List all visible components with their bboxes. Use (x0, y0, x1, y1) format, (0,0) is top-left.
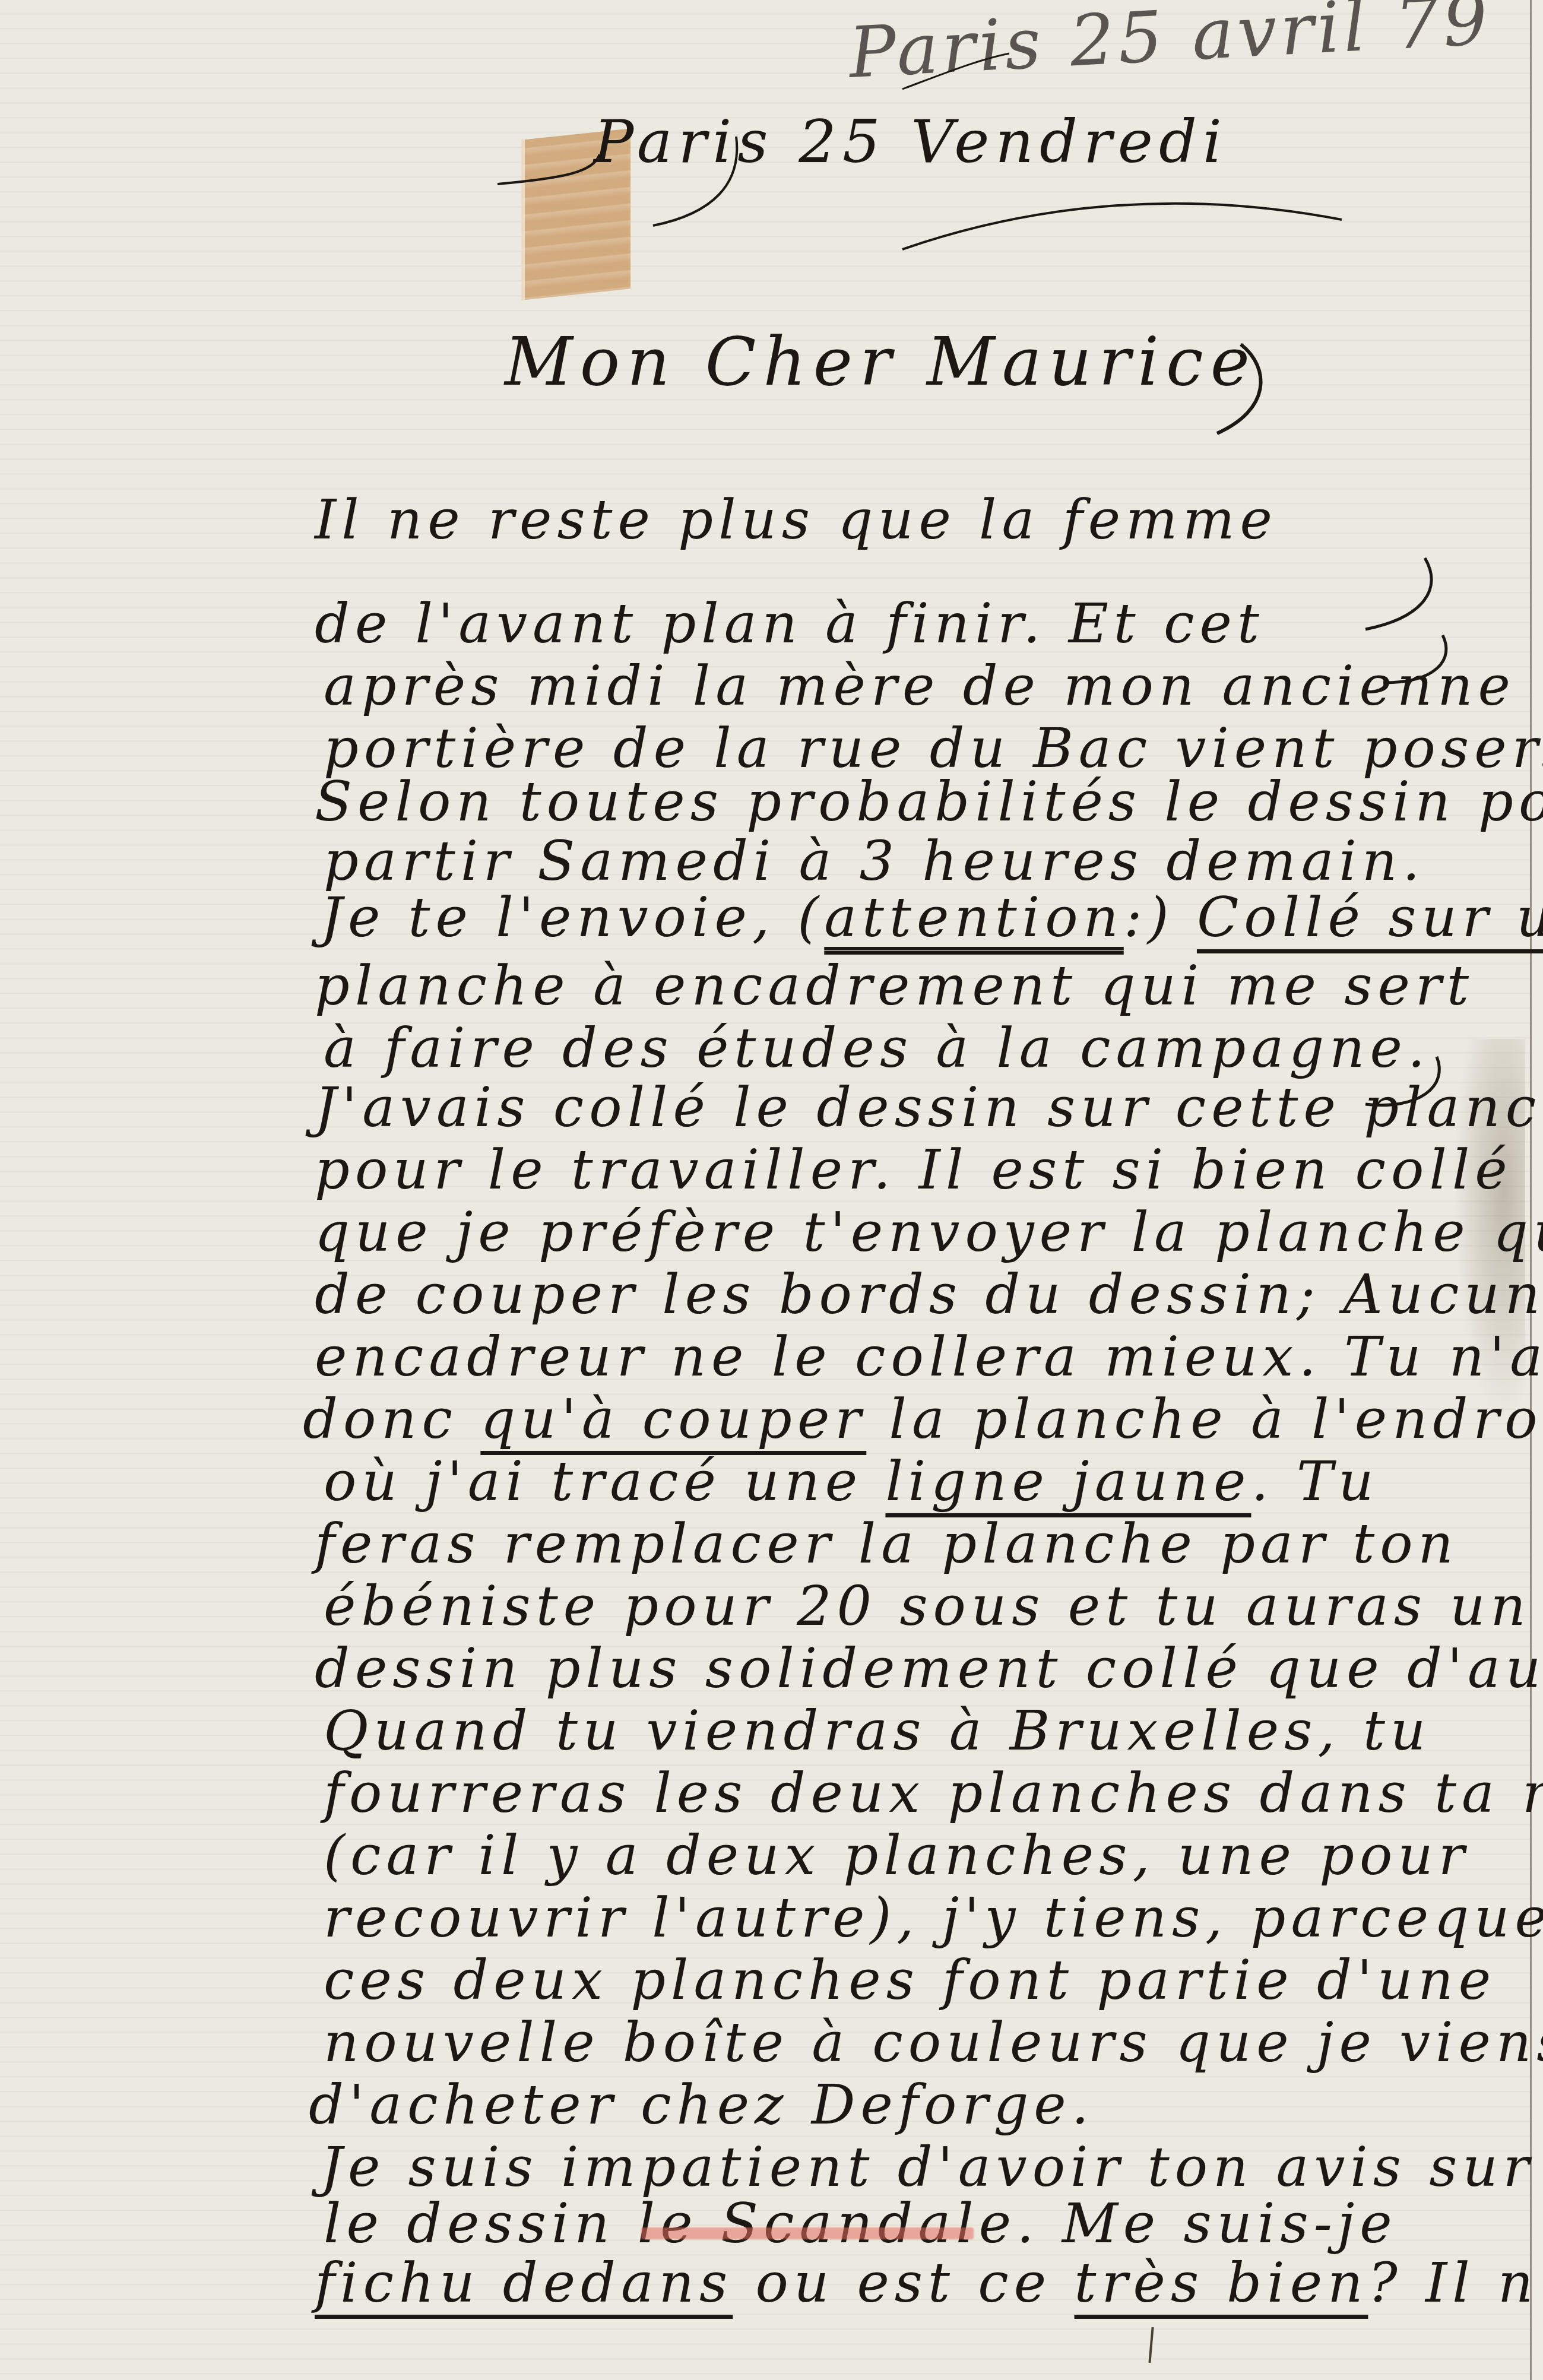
line-text: Selon toutes probabilités le dessin pour… (315, 770, 1543, 834)
line-text: Quand tu viendras à Bruxelles, tu (324, 1699, 1431, 1763)
letter-line: recouvrir l'autre), j'y tiens, parceque (324, 1891, 1543, 1945)
letter-line: de l'avant plan à finir. Et cet (315, 597, 1265, 651)
line-text: Je te l'envoie, ( (321, 886, 824, 949)
line-text: fourreras les deux planches dans ta mall… (324, 1761, 1543, 1825)
letter-line: nouvelle boîte à couleurs que je viens (324, 2015, 1543, 2070)
letter-line: Quand tu viendras à Bruxelles, tu (324, 1704, 1431, 1758)
salutation: Mon Cher Maurice (505, 324, 1257, 401)
underlined-text: qu'à couper (480, 1387, 866, 1451)
letter-line: fichu dedans ou est ce très bien? Il n'y (315, 2256, 1543, 2311)
letter-line: ébéniste pour 20 sous et tu auras un (324, 1579, 1531, 1634)
line-text: ébéniste pour 20 sous et tu auras un (324, 1574, 1531, 1638)
letter-line: Je te l'envoie, (attention:) Collé sur u… (321, 890, 1543, 945)
letter-line: donc qu'à couper la planche à l'endroit (303, 1392, 1543, 1447)
underlined-text: fichu dedans (315, 2251, 733, 2315)
red-crayon-mark (641, 2227, 974, 2239)
line-text: nouvelle boîte à couleurs que je viens (324, 2011, 1543, 2074)
pencil-date-annotation: Paris 25 avril 79 (847, 0, 1493, 94)
line-text: Je suis impatient d'avoir ton avis sur (321, 2135, 1535, 2199)
line-text: que je préfère t'envoyer la planche que (315, 1200, 1543, 1264)
letter-line: de couper les bords du dessin; Aucun (315, 1267, 1543, 1322)
letter-page: Paris 25 avril 79 Paris 25 Vendredi Mon … (0, 0, 1543, 2380)
line-text: ou est ce (733, 2251, 1074, 2315)
letter-line: portière de la rue du Bac vient poser. (324, 721, 1543, 776)
line-text: :) (1124, 886, 1197, 949)
letter-line: ces deux planches font partie d'une (324, 1953, 1496, 2008)
line-text: de couper les bords du dessin; Aucun (315, 1263, 1543, 1326)
letter-line: à faire des études à la campagne. (324, 1021, 1430, 1076)
line-text: ces deux planches font partie d'une (324, 1948, 1496, 2012)
letter-line: dessin plus solidement collé que d'autre… (315, 1641, 1543, 1696)
line-text: où j'ai tracé une (324, 1450, 885, 1513)
line-text: . Tu (1251, 1450, 1379, 1513)
line-text: recouvrir l'autre), j'y tiens, parceque (324, 1886, 1543, 1950)
underlined-text: attention (824, 886, 1124, 949)
line-text: le dessin le Scandale. Me suis-je (324, 2192, 1398, 2255)
letter-line: le dessin le Scandale. Me suis-je (324, 2197, 1398, 2251)
line-text: à faire des études à la campagne. (324, 1016, 1430, 1080)
letter-line: pour le travailler. Il est si bien collé (315, 1143, 1513, 1197)
letter-line: partir Samedi à 3 heures demain. (324, 834, 1425, 889)
line-text: encadreur ne le collera mieux. Tu n'as (315, 1325, 1543, 1389)
line-text: planche à encadrement qui me sert (315, 954, 1474, 1018)
letter-line: encadreur ne le collera mieux. Tu n'as (315, 1330, 1543, 1384)
letter-line: après midi la mère de mon ancienne (324, 659, 1516, 714)
letter-line: J'avais collé le dessin sur cette planch… (315, 1080, 1543, 1135)
line-text: après midi la mère de mon ancienne (324, 654, 1516, 718)
line-text: d'acheter chez Deforge. (309, 2073, 1094, 2137)
letter-line: où j'ai tracé une ligne jaune. Tu (324, 1454, 1379, 1509)
line-text: feras remplacer la planche par ton (315, 1512, 1459, 1576)
letter-line: d'acheter chez Deforge. (309, 2078, 1094, 2132)
line-text: (car il y a deux planches, une pour (324, 1824, 1470, 1887)
letter-line: feras remplacer la planche par ton (315, 1517, 1459, 1571)
letter-line: (car il y a deux planches, une pour (324, 1828, 1470, 1883)
letter-line: planche à encadrement qui me sert (315, 959, 1474, 1013)
letter-line: Je suis impatient d'avoir ton avis sur (321, 2140, 1535, 2195)
line-text: de l'avant plan à finir. Et cet (315, 592, 1265, 655)
stray-ink-mark (1148, 2327, 1154, 2363)
letter-line: Selon toutes probabilités le dessin pour… (315, 775, 1543, 829)
line-text: la planche à l'endroit (866, 1387, 1543, 1451)
letter-line: que je préfère t'envoyer la planche que (315, 1205, 1543, 1260)
line-text: Il ne reste plus que la femme (315, 488, 1278, 552)
line-text: partir Samedi à 3 heures demain. (324, 829, 1425, 893)
underlined-text: Collé sur une (1197, 886, 1543, 949)
line-text: dessin plus solidement collé que d'autre… (315, 1637, 1543, 1700)
dateline: Paris 25 Vendredi (594, 107, 1228, 176)
line-text: ? Il n'y (1368, 2251, 1543, 2315)
letter-line: Il ne reste plus que la femme (315, 493, 1278, 547)
underlined-text: ligne jaune (885, 1450, 1251, 1513)
letter-line: fourreras les deux planches dans ta mall… (324, 1766, 1543, 1821)
underlined-text: très bien (1075, 2251, 1368, 2315)
line-text: pour le travailler. Il est si bien collé (315, 1138, 1513, 1202)
line-text: donc (303, 1387, 480, 1451)
line-text: J'avais collé le dessin sur cette planch… (315, 1076, 1543, 1139)
